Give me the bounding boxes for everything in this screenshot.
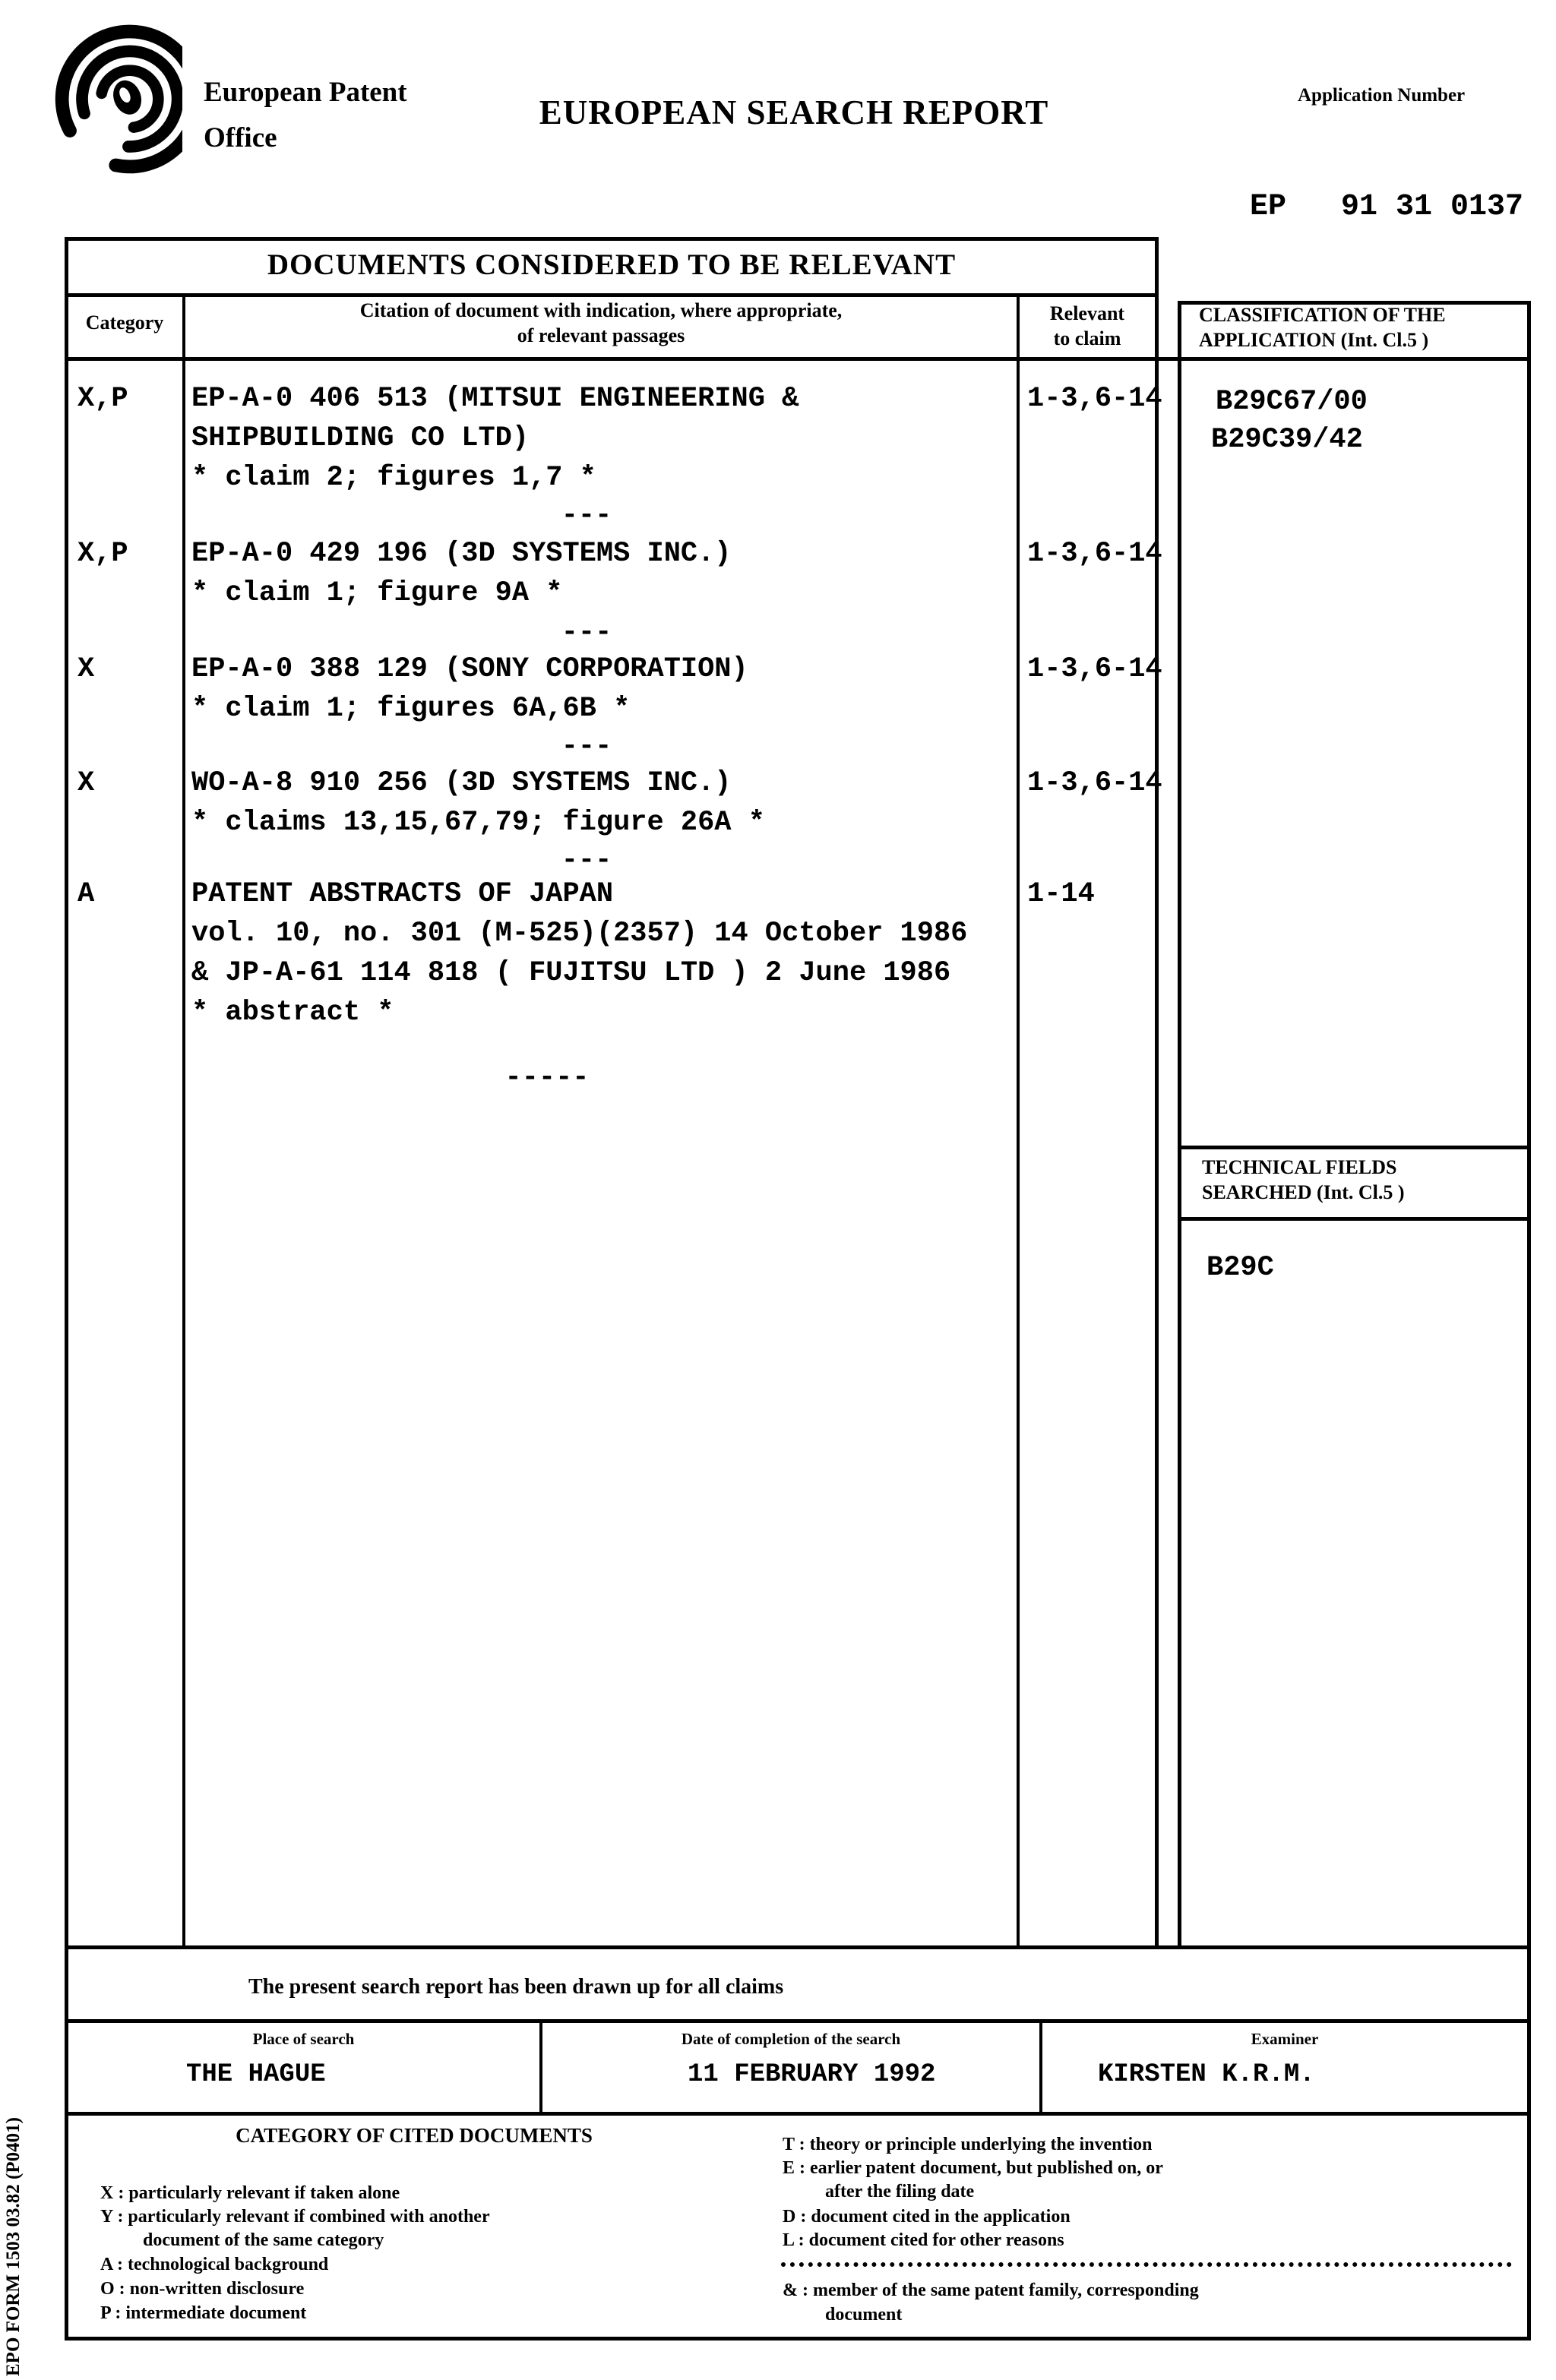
column-header-relevant: Relevantto claim: [1020, 301, 1155, 351]
entry-category: X: [77, 767, 94, 799]
technical-fields-value: B29C: [1207, 1252, 1274, 1284]
legend-left-line: X : particularly relevant if taken alone: [100, 2182, 400, 2205]
examiner-label: Examiner: [1042, 2030, 1527, 2049]
legend-left-line: P : intermediate document: [100, 2302, 306, 2325]
border-legend-top: [65, 2112, 1531, 2116]
column-header-classification-line1: CLASSIFICATION OF THE: [1199, 304, 1446, 326]
legend-title: CATEGORY OF CITED DOCUMENTS: [65, 2124, 764, 2148]
entry-category: X,P: [77, 383, 128, 415]
technical-fields-header: TECHNICAL FIELDSSEARCHED (Int. Cl.5 ): [1202, 1155, 1405, 1205]
border-searchrow-top: [65, 2019, 1531, 2023]
section-title: DOCUMENTS CONSIDERED TO BE RELEVANT: [65, 248, 1159, 282]
entry-citation-line: EP-A-0 429 196 (3D SYSTEMS INC.): [191, 538, 732, 570]
border-header-bottom: [65, 357, 1531, 361]
entry-relevant-claims: 1-3,6-14: [1027, 538, 1162, 570]
entry-citation-line: * claims 13,15,67,79; figure 26A *: [191, 807, 765, 839]
office-name: European PatentOffice: [204, 70, 407, 161]
entry-relevant-claims: 1-3,6-14: [1027, 653, 1162, 685]
legend-left-line: A : technological background: [100, 2253, 328, 2276]
entry-citation-line: PATENT ABSTRACTS OF JAPAN: [191, 878, 613, 910]
place-of-search-label: Place of search: [68, 2030, 539, 2049]
place-of-search-value: THE HAGUE: [186, 2060, 326, 2089]
legend-left-line: document of the same category: [143, 2229, 384, 2252]
column-header-relevant-line2: to claim: [1054, 327, 1121, 349]
legend-right-line: T : theory or principle underlying the i…: [783, 2133, 1152, 2156]
legend-right-line: L : document cited for other reasons: [783, 2229, 1064, 2252]
legend-dotted-separator: [781, 2262, 1512, 2267]
legend-right-line: E : earlier patent document, but publish…: [783, 2157, 1163, 2179]
entry-separator: ---: [191, 500, 982, 532]
search-report-page: European PatentOffice EUROPEAN SEARCH RE…: [0, 0, 1556, 2380]
entry-category: X: [77, 653, 94, 685]
date-of-completion-value: 11 FEBRUARY 1992: [688, 2060, 935, 2089]
border-left: [65, 237, 68, 2340]
date-of-completion-label: Date of completion of the search: [542, 2030, 1039, 2049]
column-header-category: Category: [65, 310, 185, 335]
border-title-bottom: [65, 293, 1159, 297]
classification-value: B29C67/00: [1216, 386, 1368, 418]
entry-separator: ---: [191, 731, 982, 763]
entry-citation-line: vol. 10, no. 301 (M-525)(2357) 14 Octobe…: [191, 918, 967, 950]
legend-right-line: after the filing date: [825, 2180, 974, 2203]
entry-citation-line: & JP-A-61 114 818 ( FUJITSU LTD ) 2 June…: [191, 957, 950, 989]
column-header-classification-line2: APPLICATION (Int. Cl.5 ): [1199, 329, 1428, 351]
application-number-value: EP 91 31 0137: [1250, 190, 1523, 224]
border-bottom: [65, 2337, 1531, 2340]
entry-relevant-claims: 1-3,6-14: [1027, 383, 1162, 415]
application-number-label: Application Number: [1298, 85, 1465, 106]
border-drawnup-top: [65, 1945, 1531, 1949]
entry-citation-line: WO-A-8 910 256 (3D SYSTEMS INC.): [191, 767, 732, 799]
border-category-divider: [182, 293, 185, 1949]
legend-right-line: document: [825, 2303, 902, 2326]
column-header-relevant-line1: Relevant: [1050, 302, 1124, 324]
entry-citation-line: SHIPBUILDING CO LTD): [191, 422, 529, 454]
office-name-line2: Office: [204, 122, 277, 153]
border-relevant-divider: [1017, 293, 1020, 1949]
border-title-top: [65, 237, 1159, 241]
entry-relevant-claims: 1-14: [1027, 878, 1095, 910]
border-techfields-top: [1178, 1146, 1531, 1149]
technical-fields-line2: SEARCHED (Int. Cl.5 ): [1202, 1181, 1405, 1203]
column-header-citation: Citation of document with indication, wh…: [185, 298, 1017, 348]
entry-category: A: [77, 878, 94, 910]
entry-citation-line: * claim 1; figure 9A *: [191, 577, 562, 609]
column-header-classification: CLASSIFICATION OF THEAPPLICATION (Int. C…: [1199, 302, 1446, 352]
form-code-vertical-text: EPO FORM 1503 03.82 (P0401): [3, 2027, 38, 2376]
legend-left-line: O : non-written disclosure: [100, 2277, 304, 2300]
border-right: [1527, 301, 1531, 2340]
entry-citation-line: * abstract *: [191, 997, 394, 1029]
entry-separator: -----: [152, 1062, 942, 1094]
report-title: EUROPEAN SEARCH REPORT: [486, 93, 1102, 132]
entry-separator: ---: [191, 617, 982, 649]
office-name-line1: European Patent: [204, 77, 407, 108]
column-header-citation-line2: of relevant passages: [517, 324, 685, 346]
entry-citation-line: EP-A-0 388 129 (SONY CORPORATION): [191, 653, 748, 685]
entry-citation-line: EP-A-0 406 513 (MITSUI ENGINEERING &: [191, 383, 799, 415]
entry-separator: ---: [191, 845, 982, 877]
examiner-value: KIRSTEN K.R.M.: [1098, 2060, 1315, 2089]
border-class-left: [1178, 301, 1181, 1949]
epo-logo-icon: [53, 8, 182, 179]
legend-right-line: D : document cited in the application: [783, 2205, 1071, 2228]
border-techfields-bottom: [1178, 1217, 1531, 1221]
drawn-up-statement: The present search report has been drawn…: [248, 1975, 783, 1999]
legend-left-line: Y : particularly relevant if combined wi…: [100, 2205, 490, 2228]
classification-value: B29C39/42: [1211, 424, 1363, 456]
entry-category: X,P: [77, 538, 128, 570]
entry-relevant-claims: 1-3,6-14: [1027, 767, 1162, 799]
column-header-citation-line1: Citation of document with indication, wh…: [360, 299, 843, 321]
entry-citation-line: * claim 1; figures 6A,6B *: [191, 693, 630, 725]
entry-citation-line: * claim 2; figures 1,7 *: [191, 462, 596, 494]
border-main-right: [1155, 237, 1159, 1949]
technical-fields-line1: TECHNICAL FIELDS: [1202, 1156, 1396, 1178]
legend-right-line: & : member of the same patent family, co…: [783, 2279, 1199, 2302]
